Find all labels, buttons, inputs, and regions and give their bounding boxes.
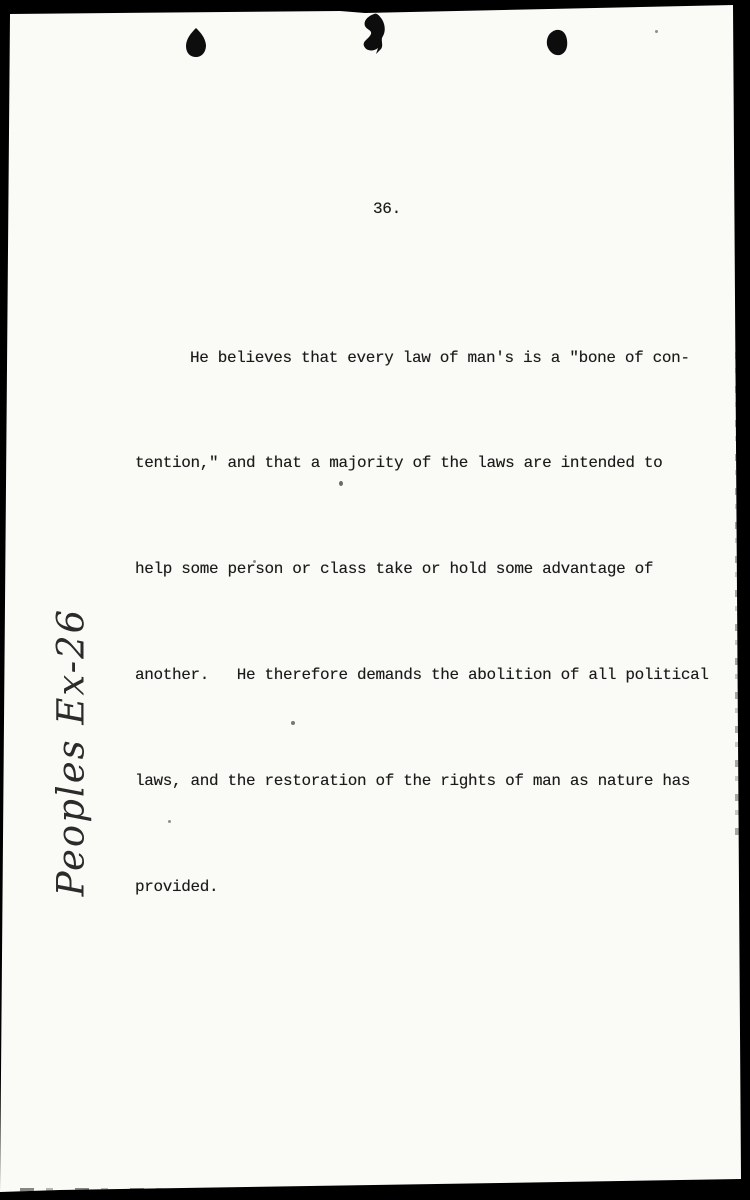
ink-blot-right <box>547 30 567 55</box>
paper-speck <box>339 481 343 486</box>
text-line: He believes that every law of man's is a… <box>135 341 735 376</box>
page-number: 36. <box>373 200 401 218</box>
ink-blot-middle <box>364 14 385 54</box>
paper-speck <box>291 721 295 725</box>
scan-edge-noise <box>20 1188 440 1192</box>
text-line: another. He therefore demands the abolit… <box>135 658 735 693</box>
margin-annotation-handwritten: Peoples Ex-26 <box>50 608 93 896</box>
body-paragraph: He believes that every law of man's is a… <box>135 270 735 976</box>
scanned-page: 36. He believes that every law of man's … <box>0 0 750 1200</box>
paper-sheet: 36. He believes that every law of man's … <box>0 0 750 1200</box>
paper-speck <box>655 30 658 33</box>
ink-blot-left <box>186 28 206 57</box>
text-line: laws, and the restoration of the rights … <box>135 764 735 799</box>
scan-edge-noise <box>735 80 740 840</box>
text-line: provided. <box>135 870 735 905</box>
text-line: help some person or class take or hold s… <box>135 552 735 587</box>
ink-blots <box>0 0 750 80</box>
paper-speck <box>253 560 256 563</box>
paper-speck <box>168 820 171 823</box>
text-line: tention," and that a majority of the law… <box>135 446 735 481</box>
